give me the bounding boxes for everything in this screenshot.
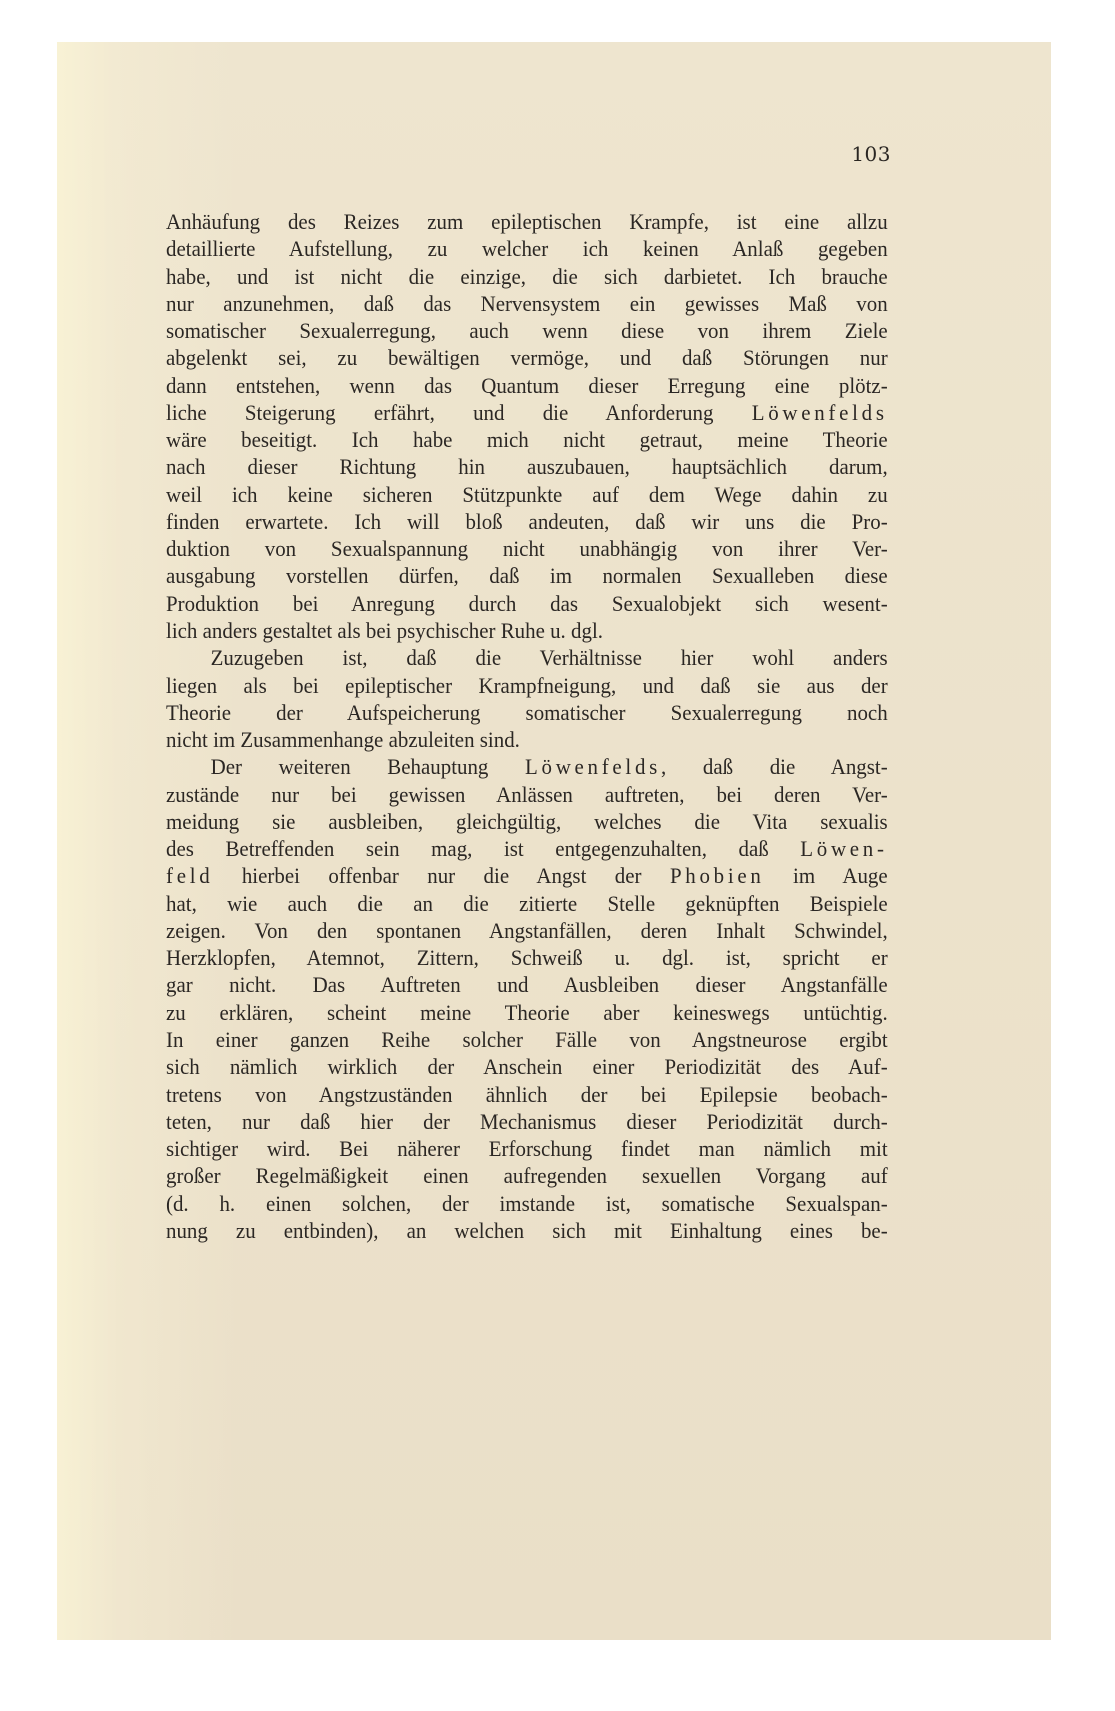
author-name-spaced: feld	[166, 863, 213, 888]
text-line: zustände nur bei gewissen Anlässen auftr…	[166, 781, 888, 808]
text-segment: Der weiteren Behauptung	[211, 754, 525, 779]
body-text: Anhäufung des Reizes zum epileptischen K…	[166, 208, 888, 1244]
text-segment: hierbei offenbar nur die Angst der	[213, 863, 670, 888]
text-line: teten, nur daß hier der Mechanismus dies…	[166, 1108, 888, 1135]
text-line: sichtiger wird. Bei näherer Erforschung …	[166, 1135, 888, 1162]
text-line: hat, wie auch die an die zitierte Stelle…	[166, 890, 888, 917]
author-name-spaced: Löwenfelds	[752, 400, 888, 425]
text-line: meidung sie ausbleiben, gleichgültig, we…	[166, 808, 888, 835]
author-name-spaced: Löwenfelds	[525, 754, 661, 779]
text-line: Produktion bei Anregung durch das Sexual…	[166, 590, 888, 617]
text-line: Zuzugeben ist, daß die Verhältnisse hier…	[166, 644, 888, 671]
text-line: Der weiteren Behauptung Löwenfelds, daß …	[166, 753, 888, 780]
text-line: finden erwartete. Ich will bloß andeuten…	[166, 508, 888, 535]
text-line: Anhäufung des Reizes zum epileptischen K…	[166, 208, 888, 235]
text-line: In einer ganzen Reihe solcher Fälle von …	[166, 1026, 888, 1053]
text-line: somatischer Sexualerregung, auch wenn di…	[166, 317, 888, 344]
text-line: abgelenkt sei, zu bewältigen vermöge, un…	[166, 344, 888, 371]
text-line: Theorie der Aufspeicherung somatischer S…	[166, 699, 888, 726]
text-segment: des Betreffenden sein mag, ist entgegenz…	[166, 836, 800, 861]
text-line: sich nämlich wirklich der Anschein einer…	[166, 1053, 888, 1080]
text-line: habe, und ist nicht die einzige, die sic…	[166, 263, 888, 290]
text-segment: liche Steigerung erfährt, und die Anford…	[166, 400, 752, 425]
text-line: nur anzunehmen, daß das Nervensystem ein…	[166, 290, 888, 317]
text-line: duktion von Sexualspannung nicht unabhän…	[166, 535, 888, 562]
text-line: ausgabung vorstellen dürfen, daß im norm…	[166, 562, 888, 589]
text-line: nicht im Zusammenhange abzuleiten sind.	[166, 726, 888, 753]
text-line: weil ich keine sicheren Stützpunkte auf …	[166, 481, 888, 508]
text-segment: im Auge	[765, 863, 888, 888]
text-line: Herzklopfen, Atemnot, Zittern, Schweiß u…	[166, 944, 888, 971]
text-line: feld hierbei offenbar nur die Angst der …	[166, 862, 888, 889]
text-line: (d. h. einen solchen, der imstande ist, …	[166, 1190, 888, 1217]
text-line: gar nicht. Das Auftreten und Ausbleiben …	[166, 971, 888, 998]
text-line: nach dieser Richtung hin auszubauen, hau…	[166, 453, 888, 480]
text-line: detaillierte Aufstellung, zu welcher ich…	[166, 235, 888, 262]
text-line: zu erklären, scheint meine Theorie aber …	[166, 999, 888, 1026]
text-line: liche Steigerung erfährt, und die Anford…	[166, 399, 888, 426]
text-line: großer Regelmäßigkeit einen aufregenden …	[166, 1162, 888, 1189]
text-line: nung zu entbinden), an welchen sich mit …	[166, 1217, 888, 1244]
text-line: zeigen. Von den spontanen Angstanfällen,…	[166, 917, 888, 944]
author-name-spaced: Löwen-	[800, 836, 887, 861]
page-number: 103	[845, 142, 891, 166]
text-segment: , daß die Angst-	[661, 754, 888, 779]
text-line: liegen als bei epileptischer Krampfneigu…	[166, 672, 888, 699]
term-spaced: Phobien	[670, 863, 765, 888]
text-line: lich anders gestaltet als bei psychische…	[166, 617, 888, 644]
text-line: wäre beseitigt. Ich habe mich nicht getr…	[166, 426, 888, 453]
text-line: des Betreffenden sein mag, ist entgegenz…	[166, 835, 888, 862]
text-line: dann entstehen, wenn das Quantum dieser …	[166, 372, 888, 399]
text-line: tretens von Angstzuständen ähnlich der b…	[166, 1081, 888, 1108]
